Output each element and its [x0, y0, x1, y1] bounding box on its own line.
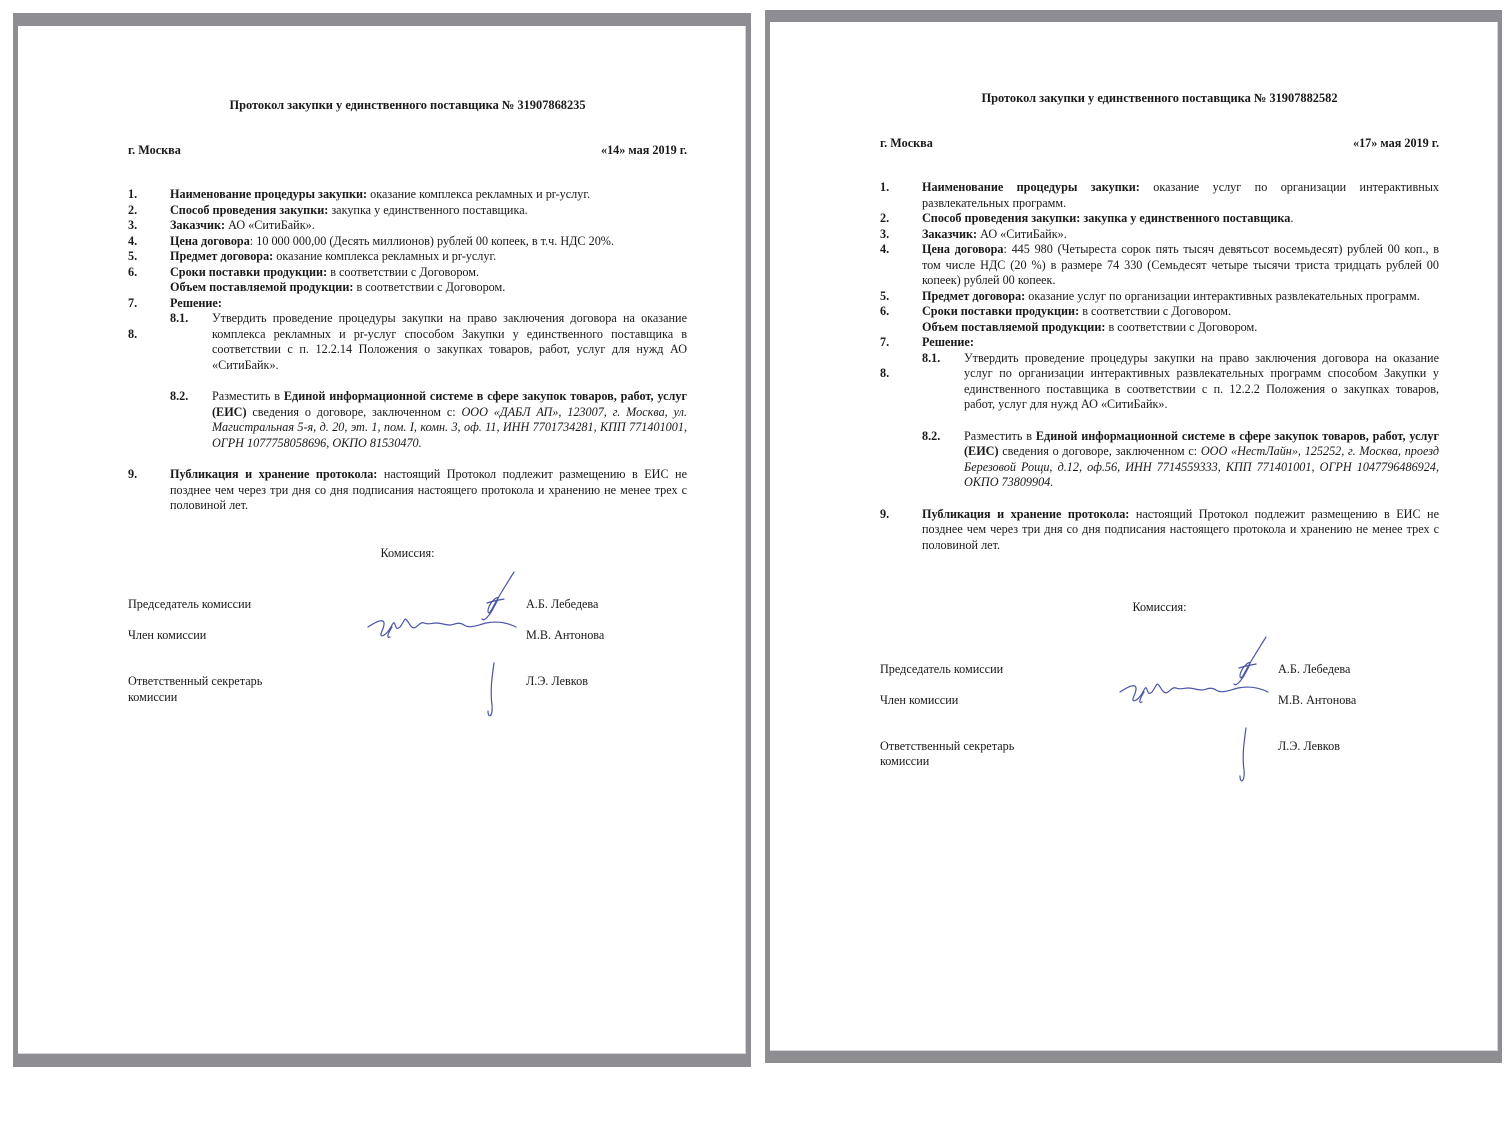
protocol-title: Протокол закупки у единственного поставщ… [880, 91, 1439, 107]
subitem-number: 8.1. [170, 311, 212, 373]
item-number: 2. [880, 211, 922, 227]
decision-8-2: 8.2. Разместить в Единой информационной … [170, 389, 687, 451]
signatory-role: Председатель комиссии [128, 597, 328, 613]
signatures-block: Председатель комиссии А.Б. Лебедева Член… [880, 662, 1439, 822]
item-text: Предмет договора: оказание услуг по орга… [922, 289, 1439, 305]
protocol-item: 5. Предмет договора: оказание комплекса … [128, 249, 687, 265]
signatory-role: Ответственный секретарь комиссии [128, 674, 288, 705]
item-number: 7. [128, 296, 170, 312]
item-number: 3. [128, 218, 170, 234]
item-number: 4. [128, 234, 170, 250]
protocol-items: 1. Наименование процедуры закупки: оказа… [880, 180, 1439, 351]
protocol-title: Протокол закупки у единственного поставщ… [128, 98, 687, 114]
item-number: 8. [128, 311, 170, 451]
item-text: Сроки поставки продукции: в соответствии… [922, 304, 1439, 320]
protocol-items: 1. Наименование процедуры закупки: оказа… [128, 187, 687, 311]
item-number: 3. [880, 227, 922, 243]
item-number: 5. [880, 289, 922, 305]
decision-block: 8. 8.1. Утвердить проведение процедуры з… [880, 351, 1439, 491]
item-text: Решение: [170, 296, 687, 312]
signatures-block: Председатель комиссии А.Б. Лебедева Член… [128, 597, 687, 757]
decision-8-1: 8.1. Утвердить проведение процедуры заку… [170, 311, 687, 373]
item-number [128, 280, 170, 296]
item-text: Решение: [922, 335, 1439, 351]
signatory-name: М.В. Антонова [526, 628, 604, 644]
item-number: 1. [128, 187, 170, 203]
protocol-item: 1. Наименование процедуры закупки: оказа… [128, 187, 687, 203]
item-number: 2. [128, 203, 170, 219]
item-text: Наименование процедуры закупки: оказание… [922, 180, 1439, 211]
protocol-item: 7. Решение: [880, 335, 1439, 351]
item-9-publication: 9. Публикация и хранение протокола: наст… [128, 467, 687, 514]
item-number: 8. [880, 351, 922, 491]
protocol-document: Протокол закупки у единственного поставщ… [128, 98, 687, 757]
item-number: 7. [880, 335, 922, 351]
protocol-item: 4. Цена договора: 10 000 000,00 (Десять … [128, 234, 687, 250]
protocol-item: 6. Сроки поставки продукции: в соответст… [880, 304, 1439, 320]
handwritten-signatures-icon [366, 567, 536, 727]
subitem-text: Разместить в Единой информационной систе… [964, 429, 1439, 491]
item-number: 5. [128, 249, 170, 265]
document-page-2: Протокол закупки у единственного поставщ… [770, 22, 1498, 1051]
signatory-role: Председатель комиссии [880, 662, 1080, 678]
item-text: Предмет договора: оказание комплекса рек… [170, 249, 687, 265]
document-page-frame-2: Протокол закупки у единственного поставщ… [765, 10, 1502, 1063]
item-text: Заказчик: АО «СитиБайк». [170, 218, 687, 234]
protocol-date: «14» мая 2019 г. [601, 143, 687, 159]
item-text: Сроки поставки продукции: в соответствии… [170, 265, 687, 281]
subitem-text: Разместить в Единой информационной систе… [212, 389, 687, 451]
protocol-item: 5. Предмет договора: оказание услуг по о… [880, 289, 1439, 305]
item-text: Способ проведения закупки: закупка у еди… [922, 211, 1439, 227]
protocol-item: 2. Способ проведения закупки: закупка у … [880, 211, 1439, 227]
commission-label: Комиссия: [128, 546, 687, 562]
signatory-role: Ответственный секретарь комиссии [880, 739, 1040, 770]
protocol-item: Объем поставляемой продукции: в соответс… [880, 320, 1439, 336]
item-text: Цена договора: 10 000 000,00 (Десять мил… [170, 234, 687, 250]
item-number: 1. [880, 180, 922, 211]
protocol-date: «17» мая 2019 г. [1353, 136, 1439, 152]
protocol-item: 3. Заказчик: АО «СитиБайк». [128, 218, 687, 234]
decision-8-1: 8.1. Утвердить проведение процедуры заку… [922, 351, 1439, 413]
item-9-publication: 9. Публикация и хранение протокола: наст… [880, 507, 1439, 554]
document-page-1: Протокол закупки у единственного поставщ… [18, 26, 746, 1054]
decision-block: 8. 8.1. Утвердить проведение процедуры з… [128, 311, 687, 451]
handwritten-signatures-icon [1118, 632, 1288, 792]
city: г. Москва [128, 143, 181, 159]
signatory-name: А.Б. Лебедева [1278, 662, 1350, 678]
decision-8-2: 8.2. Разместить в Единой информационной … [922, 429, 1439, 491]
item-number: 4. [880, 242, 922, 289]
protocol-item: 1. Наименование процедуры закупки: оказа… [880, 180, 1439, 211]
document-page-frame-1: Протокол закупки у единственного поставщ… [13, 13, 751, 1067]
subitem-text: Утвердить проведение процедуры закупки н… [212, 311, 687, 373]
item-text: Способ проведения закупки: закупка у еди… [170, 203, 687, 219]
city-date-line: г. Москва «14» мая 2019 г. [128, 143, 687, 159]
city: г. Москва [880, 136, 933, 152]
subitem-number: 8.2. [170, 389, 212, 451]
subitem-number: 8.1. [922, 351, 964, 413]
signatory-name: А.Б. Лебедева [526, 597, 598, 613]
item-text: Заказчик: АО «СитиБайк». [922, 227, 1439, 243]
item-text: Объем поставляемой продукции: в соответс… [922, 320, 1439, 336]
item-number: 6. [128, 265, 170, 281]
protocol-item: 2. Способ проведения закупки: закупка у … [128, 203, 687, 219]
city-date-line: г. Москва «17» мая 2019 г. [880, 136, 1439, 152]
signatory-role: Член комиссии [880, 693, 1080, 709]
item-text: Наименование процедуры закупки: оказание… [170, 187, 687, 203]
signatory-role: Член комиссии [128, 628, 328, 644]
item-text: Цена договора: 445 980 (Четыреста сорок … [922, 242, 1439, 289]
item-number: 6. [880, 304, 922, 320]
subitem-text: Утвердить проведение процедуры закупки н… [964, 351, 1439, 413]
item-number [880, 320, 922, 336]
item-text: Объем поставляемой продукции: в соответс… [170, 280, 687, 296]
signatory-name: М.В. Антонова [1278, 693, 1356, 709]
protocol-item: 6. Сроки поставки продукции: в соответст… [128, 265, 687, 281]
protocol-item: 7. Решение: [128, 296, 687, 312]
protocol-item: Объем поставляемой продукции: в соответс… [128, 280, 687, 296]
subitem-number: 8.2. [922, 429, 964, 491]
protocol-item: 3. Заказчик: АО «СитиБайк». [880, 227, 1439, 243]
protocol-document: Протокол закупки у единственного поставщ… [880, 91, 1439, 822]
commission-label: Комиссия: [880, 600, 1439, 616]
protocol-item: 4. Цена договора: 445 980 (Четыреста сор… [880, 242, 1439, 289]
